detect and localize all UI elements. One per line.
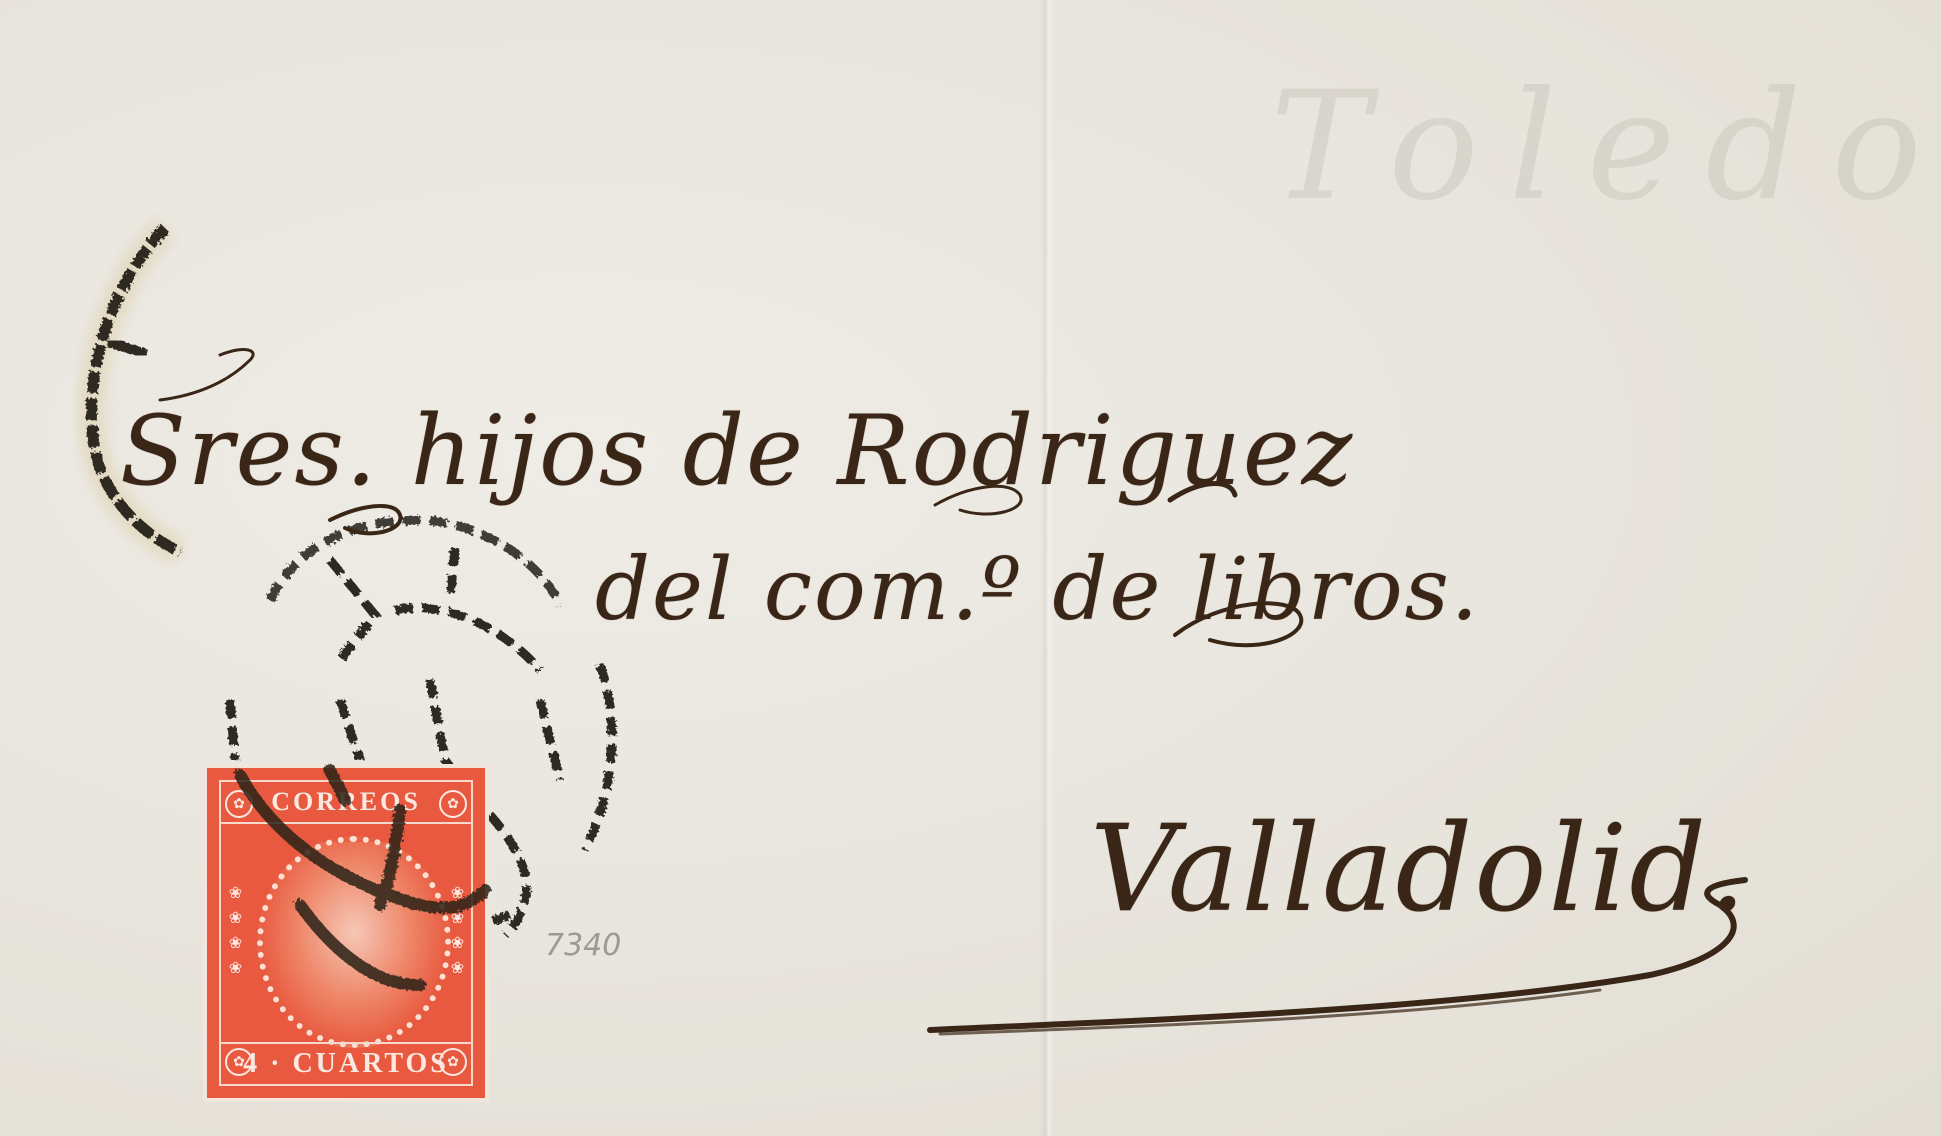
pencil-catalog-number: 7340 — [545, 928, 621, 963]
stamp-cancel-overlay — [0, 0, 1941, 1136]
postal-cover: Toledo — [0, 0, 1941, 1136]
